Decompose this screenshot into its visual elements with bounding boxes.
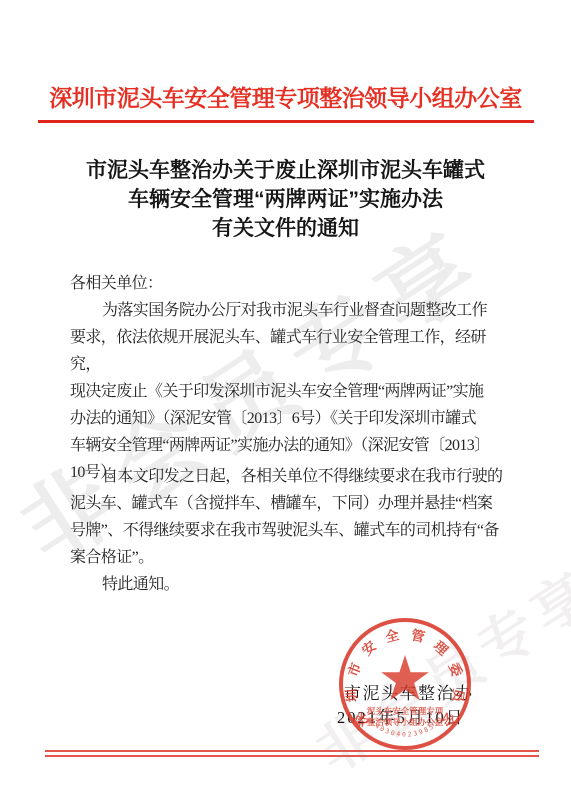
body-paragraph-1: 为落实国务院办公厅对我市泥头车行业督查问题整改工作 要求，依法依规开展泥头车、罐…: [70, 297, 512, 486]
salutation: 各相关单位：: [70, 270, 512, 297]
seal-arc-char: 市: [344, 660, 364, 679]
seal-arc-char: 管: [410, 626, 427, 645]
letterhead-org-name: 深圳市泥头车安全管理专项整治领导小组办公室: [0, 80, 571, 113]
letterhead-rule: [38, 120, 534, 123]
seal-arc-char: 圳: [344, 688, 361, 703]
document-title: 市泥头车整治办关于废止深圳市泥头车罐式 车辆安全管理“两牌两证”实施办法 有关文…: [35, 156, 536, 243]
seal-arc-char: 全: [383, 626, 400, 645]
body-paragraph-2: 自本文印发之日起，各相关单位不得继续要求在我市行驶的 泥头车、罐式车（含搅拌车、…: [70, 463, 512, 571]
document-page: 非会员专享 非会员专享 深圳市泥头车安全管理专项整治领导小组办公室 市泥头车整治…: [0, 0, 571, 800]
seal-arc-char: 安: [358, 637, 379, 658]
seal-arc-char: 委: [446, 660, 466, 679]
seal-arc-char: 理: [431, 638, 451, 659]
official-seal: 深圳市安全管理委员会 泥头车安全管理专项 整治领导小组办公室 440304023…: [330, 610, 480, 760]
star-icon: [381, 655, 429, 700]
seal-arc-char: 员: [449, 688, 466, 705]
seal-inner-line-1: 泥头车安全管理专项: [366, 706, 444, 716]
closing-line: 特此通知。: [70, 571, 512, 598]
